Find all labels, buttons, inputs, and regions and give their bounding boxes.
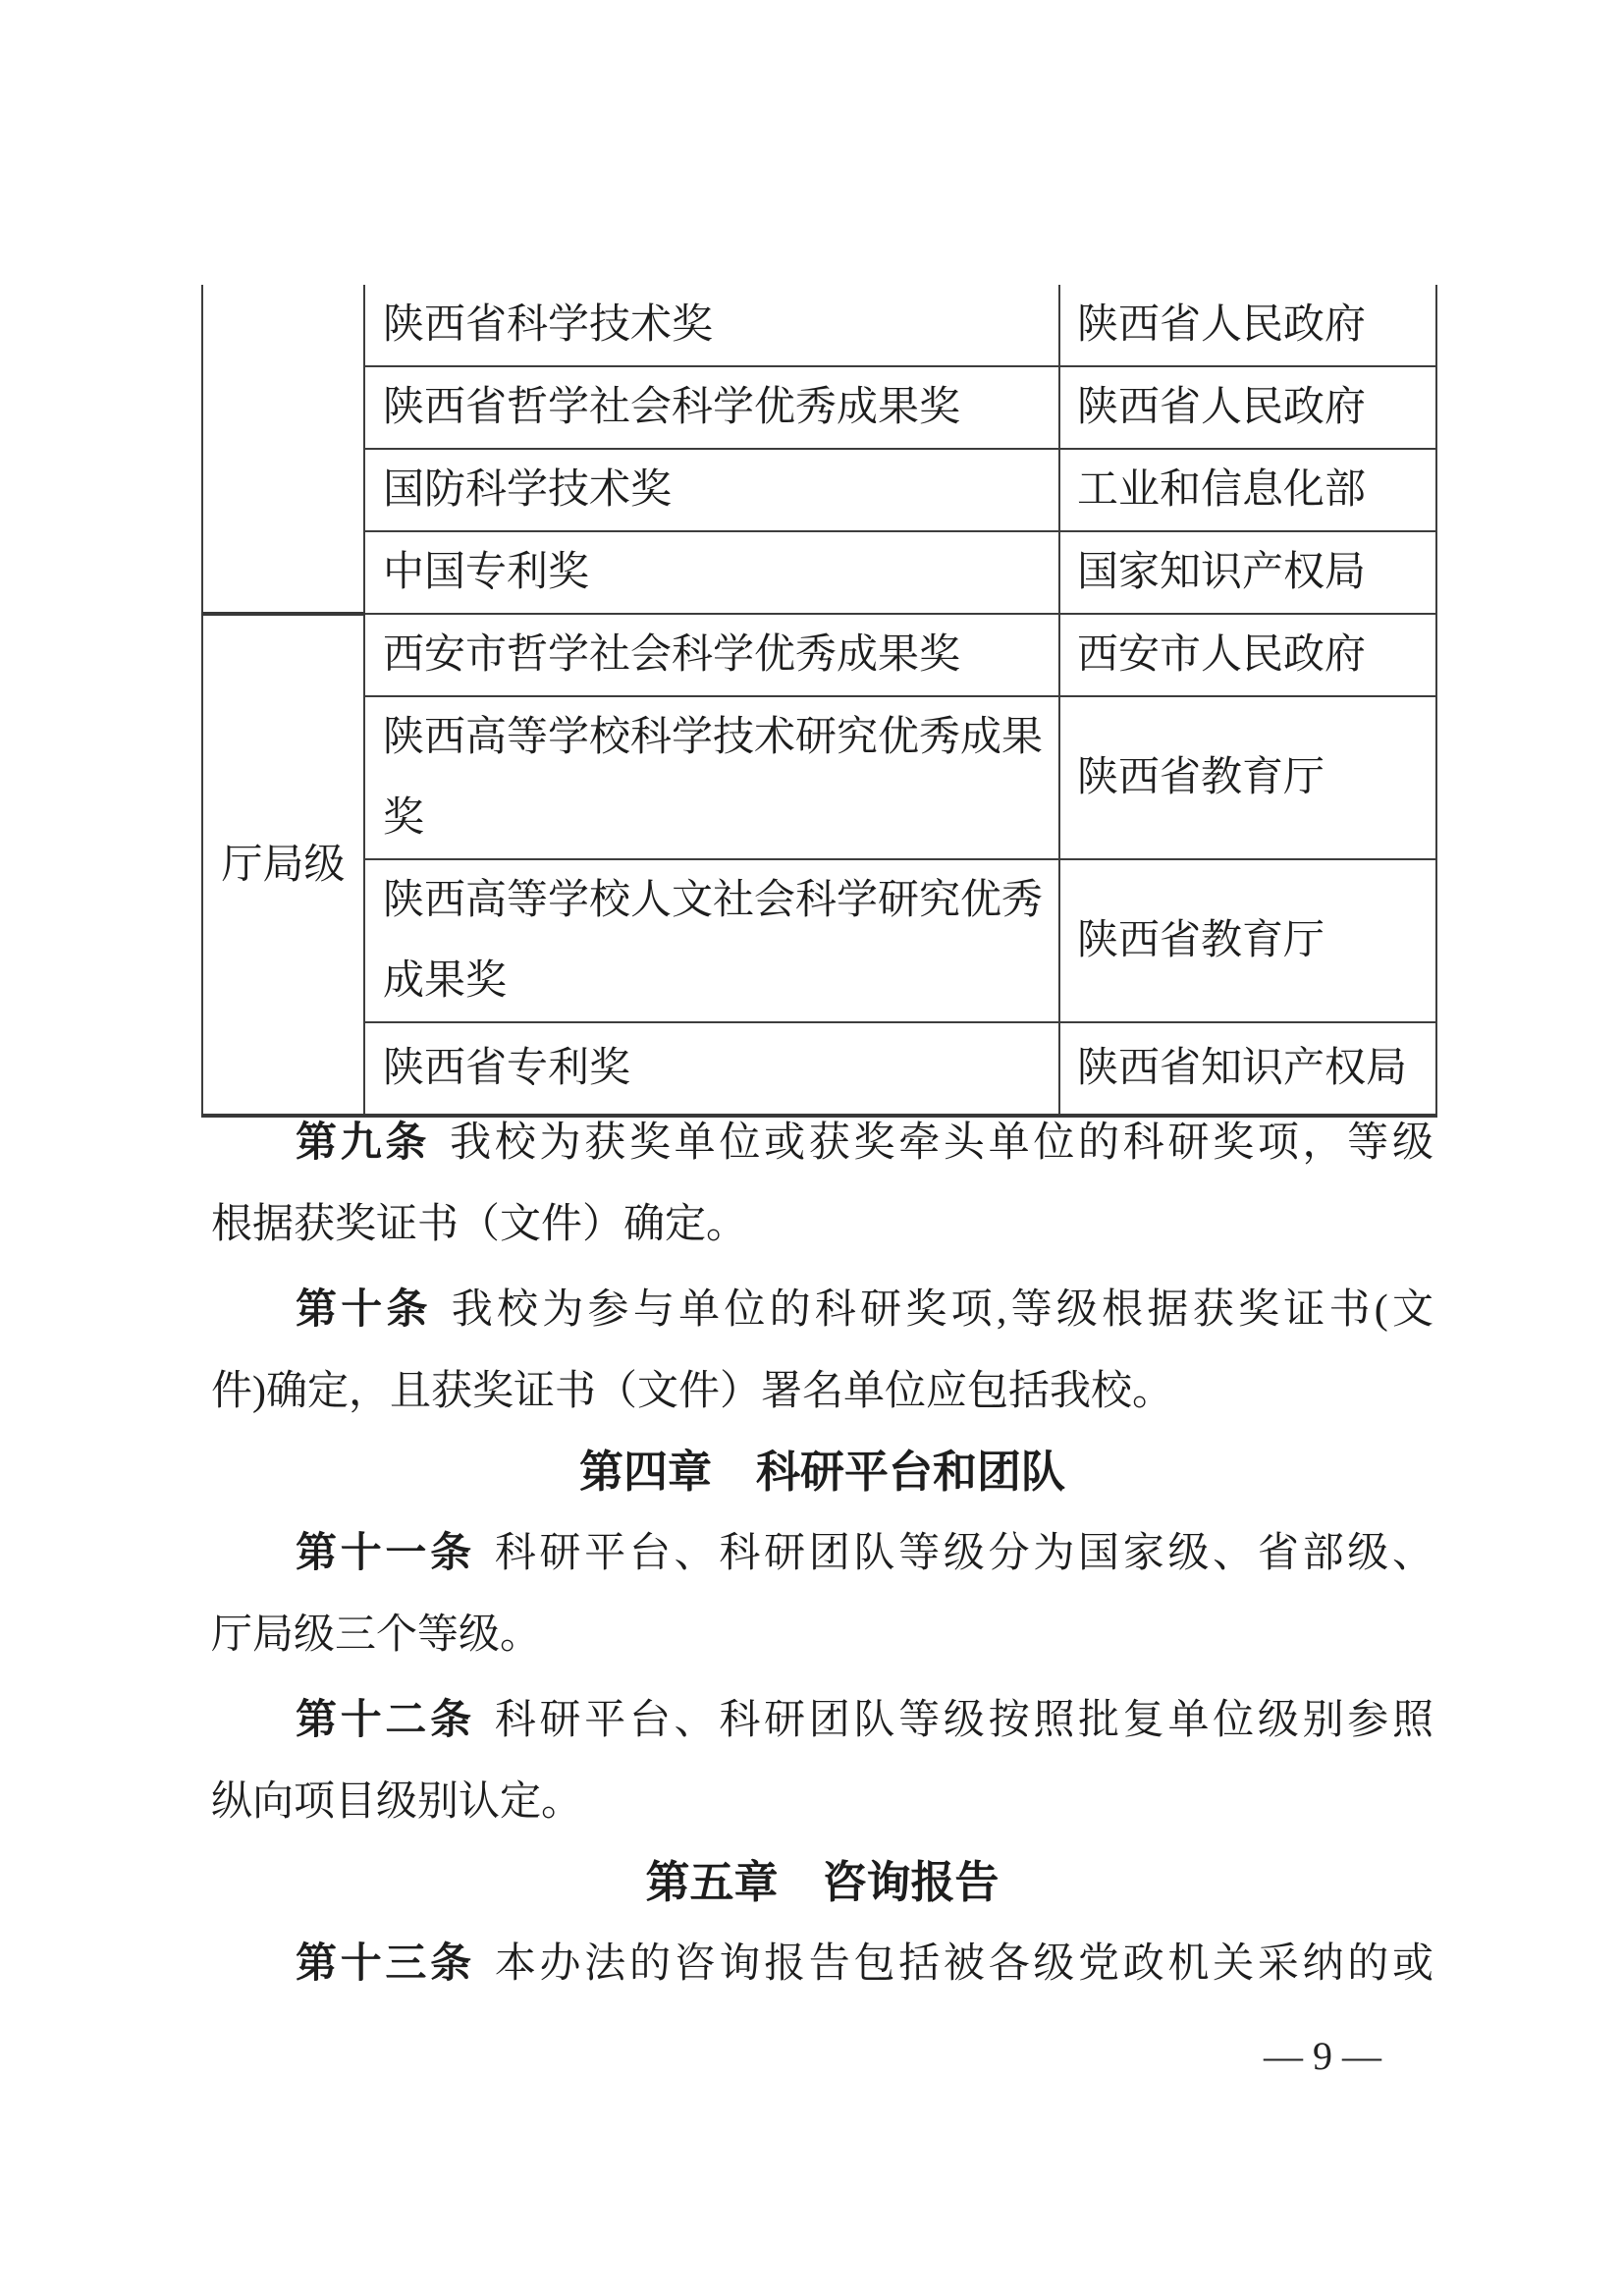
chapter-4-heading: 第四章 科研平台和团队 (211, 1434, 1433, 1510)
issuing-body-cell: 工业和信息化部 (1059, 449, 1436, 531)
table-row: 陕西高等学校科学技术研究优秀成果奖 陕西省教育厅 (202, 696, 1436, 859)
article-9-text: 我校为获奖单位或获奖牵头单位的科研奖项，等级 (450, 1121, 1433, 1166)
page-number: — 9 — (1264, 2031, 1381, 2082)
article-9-line-2: 根据获奖证书（文件）确定。 (211, 1183, 1433, 1267)
award-name-cell: 中国专利奖 (364, 531, 1059, 614)
article-13-line-1: 第十三条本办法的咨询报告包括被各级党政机关采纳的或 (211, 1921, 1433, 2004)
article-13-text: 本办法的咨询报告包括被各级党政机关采纳的或 (495, 1941, 1433, 1987)
award-name-cell: 陕西省哲学社会科学优秀成果奖 (364, 366, 1059, 449)
article-11-text: 科研平台、科研团队等级分为国家级、省部级、 (495, 1531, 1433, 1576)
article-11-line-1: 第十一条科研平台、科研团队等级分为国家级、省部级、 (211, 1510, 1433, 1594)
table-row: 国防科学技术奖 工业和信息化部 (202, 449, 1436, 531)
table-row: 陕西省科学技术奖 陕西省人民政府 (202, 285, 1436, 366)
award-name-cell: 陕西高等学校人文社会科学研究优秀成果奖 (364, 859, 1059, 1022)
article-10-label: 第十条 (296, 1285, 432, 1332)
award-name-cell: 国防科学技术奖 (364, 449, 1059, 531)
article-9-label: 第九条 (296, 1119, 430, 1165)
issuing-body-cell: 陕西省教育厅 (1059, 696, 1436, 859)
award-level-table: 陕西省科学技术奖 陕西省人民政府 陕西省哲学社会科学优秀成果奖 陕西省人民政府 … (201, 285, 1437, 1118)
article-12-line-1: 第十二条科研平台、科研团队等级按照批复单位级别参照 (211, 1677, 1433, 1761)
article-12-line-2: 纵向项目级别认定。 (211, 1761, 1433, 1844)
article-12-label: 第十二条 (296, 1696, 475, 1742)
award-name-cell: 陕西高等学校科学技术研究优秀成果奖 (364, 696, 1059, 859)
table-row: 中国专利奖 国家知识产权局 (202, 531, 1436, 614)
article-10-line-1: 第十条我校为参与单位的科研奖项,等级根据获奖证书(文 (211, 1267, 1433, 1350)
award-name-cell: 西安市哲学社会科学优秀成果奖 (364, 614, 1059, 696)
table-row: 厅局级 西安市哲学社会科学优秀成果奖 西安市人民政府 (202, 614, 1436, 696)
issuing-body-cell: 陕西省人民政府 (1059, 366, 1436, 449)
level-cell (202, 285, 364, 614)
issuing-body-cell: 国家知识产权局 (1059, 531, 1436, 614)
article-11-label: 第十一条 (296, 1529, 475, 1575)
issuing-body-cell: 陕西省教育厅 (1059, 859, 1436, 1022)
article-13-label: 第十三条 (296, 1940, 475, 1986)
article-10-text: 我校为参与单位的科研奖项,等级根据获奖证书(文 (452, 1287, 1433, 1333)
article-9-line-1: 第九条我校为获奖单位或获奖牵头单位的科研奖项，等级 (211, 1100, 1433, 1183)
article-11-line-2: 厅局级三个等级。 (211, 1594, 1433, 1677)
article-12-text: 科研平台、科研团队等级按照批复单位级别参照 (495, 1698, 1433, 1743)
issuing-body-cell: 陕西省人民政府 (1059, 285, 1436, 366)
issuing-body-cell: 西安市人民政府 (1059, 614, 1436, 696)
table-row: 陕西高等学校人文社会科学研究优秀成果奖 陕西省教育厅 (202, 859, 1436, 1022)
award-name-cell: 陕西省科学技术奖 (364, 285, 1059, 366)
document-page: 陕西省科学技术奖 陕西省人民政府 陕西省哲学社会科学优秀成果奖 陕西省人民政府 … (0, 0, 1622, 2296)
level-cell: 厅局级 (202, 614, 364, 1116)
table-row: 陕西省哲学社会科学优秀成果奖 陕西省人民政府 (202, 366, 1436, 449)
chapter-5-heading: 第五章 咨询报告 (211, 1844, 1433, 1921)
body-text: 第九条我校为获奖单位或获奖牵头单位的科研奖项，等级 根据获奖证书（文件）确定。 … (211, 1100, 1433, 2004)
article-10-line-2: 件)确定，且获奖证书（文件）署名单位应包括我校。 (211, 1350, 1433, 1434)
